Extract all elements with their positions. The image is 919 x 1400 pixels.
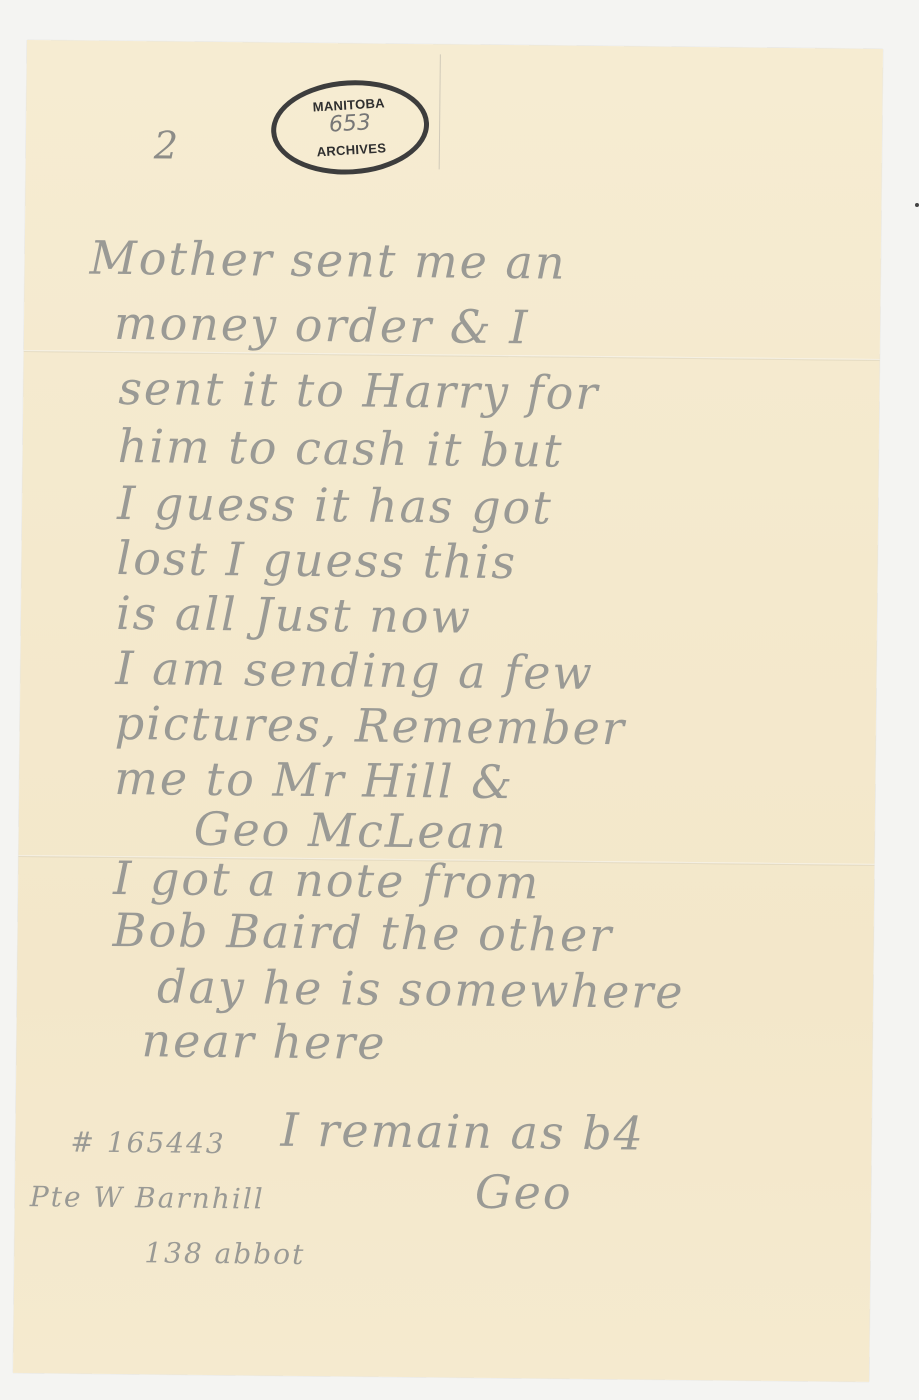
letter-line: pictures, Remember bbox=[115, 696, 627, 755]
page-number: 2 bbox=[154, 123, 181, 167]
letter-line: lost I guess this bbox=[116, 531, 517, 589]
note-service-number: # 165443 bbox=[70, 1126, 226, 1161]
letter-line: I got a note from bbox=[113, 851, 541, 909]
pencil-margin-mark bbox=[439, 54, 441, 169]
letter-line: I am sending a few bbox=[115, 641, 594, 700]
letter-line: sent it to Harry for bbox=[118, 361, 600, 420]
letter-line: me to Mr Hill & bbox=[114, 751, 514, 809]
signature: Geo bbox=[475, 1165, 573, 1220]
note-name: Pte W Barnhill bbox=[30, 1180, 265, 1215]
letter-line: Geo McLean bbox=[193, 802, 508, 859]
letter-line: I guess it has got bbox=[117, 476, 553, 535]
letter-line: Mother sent me an bbox=[89, 231, 566, 290]
letter-line: money order & I bbox=[114, 296, 530, 354]
archives-stamp: MANITOBA 653 ARCHIVES bbox=[268, 76, 431, 179]
letter-page: MANITOBA 653 ARCHIVES 2 Mother sent me a… bbox=[13, 40, 883, 1382]
scan-speck bbox=[915, 203, 919, 207]
letter-line: near here bbox=[141, 1013, 387, 1070]
letter-line: Bob Baird the other bbox=[112, 903, 613, 962]
stamp-bottom-text: ARCHIVES bbox=[277, 138, 426, 162]
letter-line: day he is somewhere bbox=[157, 959, 685, 1019]
letter-line: is all Just now bbox=[116, 586, 472, 644]
closing-line: I remain as b4 bbox=[280, 1103, 645, 1161]
note-address: 138 abbot bbox=[144, 1236, 305, 1271]
letter-line: him to cash it but bbox=[117, 419, 563, 478]
